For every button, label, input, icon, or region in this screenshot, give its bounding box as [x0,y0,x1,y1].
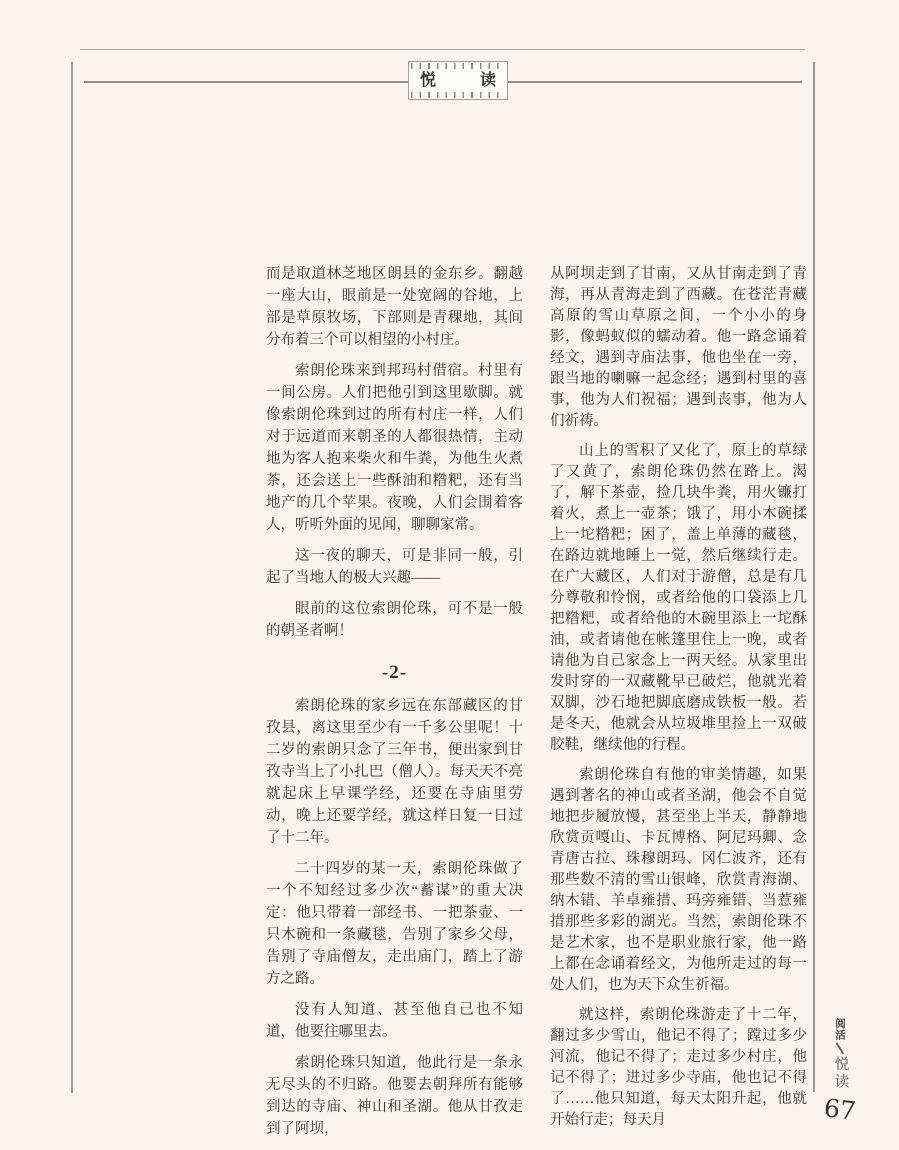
paragraph: 山上的雪积了又化了，原上的草绿了又黄了，索朗伦珠仍然在路上。渴了，解下茶壶，捡几… [550,441,807,756]
paragraph: 没有人知道、甚至他自己也不知道，他要往哪里去。 [266,999,523,1043]
top-rule-outer [80,49,805,50]
left-border-rule [71,62,73,1093]
stamp-perforation-icon [411,63,505,69]
section-stamp-label: 悦 读 [420,73,516,89]
diagonal-slash-icon [836,1043,844,1055]
right-border-rule [813,62,815,1092]
paragraph: 索朗伦珠来到邦玛村借宿。村里有一间公房。人们把他引到这里歇脚。就像索朗伦珠到过的… [266,360,523,536]
stamp-perforation-icon [411,92,505,98]
paragraph: 眼前的这位索朗伦珠，可不是一般的朝圣者啊！ [266,598,523,642]
paragraph: 就这样，索朗伦珠游走了十二年，翻过多少雪山，他记不得了；蹚过多少河流，他记不得了… [550,1005,807,1131]
paragraph: 索朗伦珠自有他的审美情趣，如果遇到著名的神山或者圣湖，他会不自觉地把步履放慢，甚… [550,765,807,996]
page-number: 67 [823,1095,857,1123]
section-tag-small: 阅活 [833,1018,847,1041]
section-heading: -2- [266,662,523,684]
paragraph: 二十四岁的某一天，索朗伦珠做了一个不知经过多少次“蓄谋”的重大决定：他只带着一部… [266,858,523,990]
section-tab: 阅活 悦读 67 [820,1018,860,1122]
left-column: 而是取道林芝地区朗县的金东乡。翻越一座大山，眼前是一处宽阔的谷地，上部是草原牧场… [266,263,523,1140]
paragraph: 这一夜的聊天，可是非同一般，引起了当地人的极大兴趣—— [266,545,523,589]
right-column: 从阿坝走到了甘南，又从甘南走到了青海，再从青海走到了西藏。在苍茫青藏高原的雪山草… [550,264,807,1131]
paragraph: 索朗伦珠的家乡远在东部藏区的甘孜县，离这里至少有一千多公里呢！十二岁的索朗只念了… [266,695,523,849]
paragraph: 从阿坝走到了甘南，又从甘南走到了青海，再从青海走到了西藏。在苍茫青藏高原的雪山草… [550,264,807,432]
paragraph: 而是取道林芝地区朗县的金东乡。翻越一座大山，眼前是一处宽阔的谷地，上部是草原牧场… [266,263,523,351]
paragraph: 索朗伦珠只知道，他此行是一条永无尽头的不归路。他要去朝拜所有能够到达的寺庙、神山… [266,1052,523,1140]
section-stamp: 悦 读 [408,61,508,100]
section-tag-large: 悦读 [832,1056,849,1091]
